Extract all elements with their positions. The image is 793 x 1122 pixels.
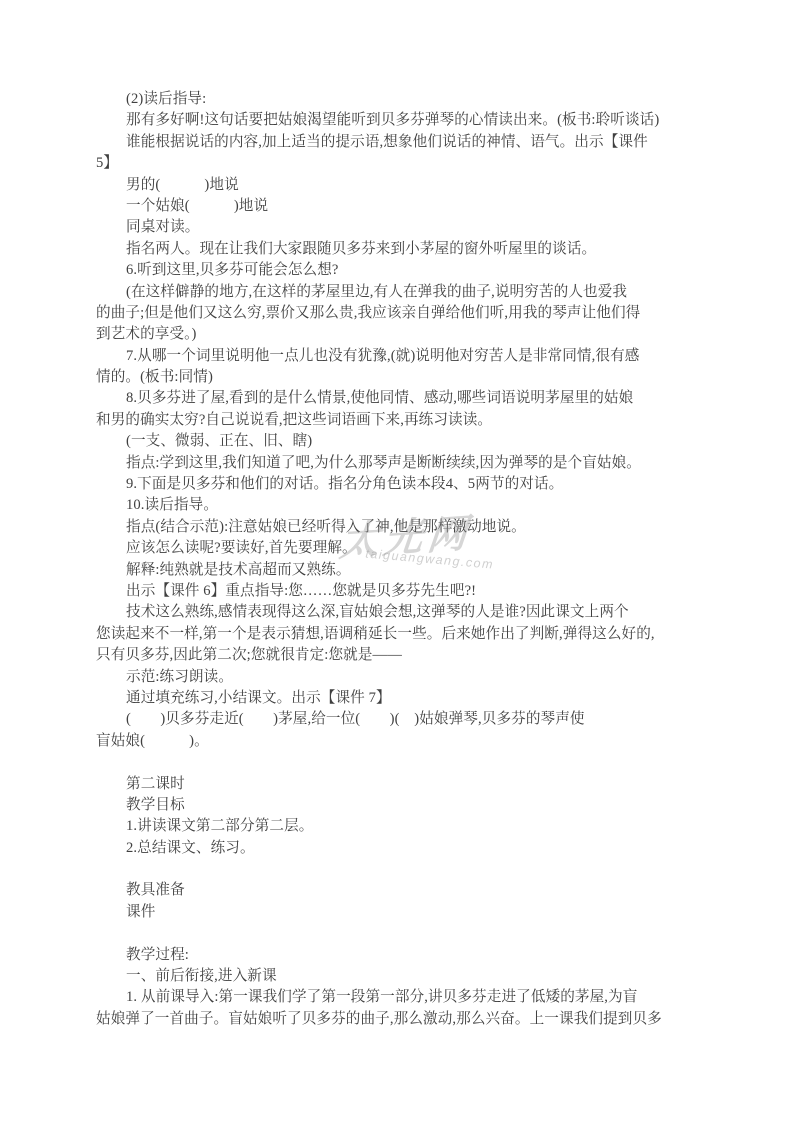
text-line: 1. 从前课导入:第一课我们学了第一段第一部分,讲贝多芬走进了低矮的茅屋,为盲 [96, 987, 710, 1008]
text-line: 谁能根据说话的内容,加上适当的提示语,想象他们说话的神情、语气。出示【课件 [96, 132, 710, 153]
text-line: 7.从哪一个词里说明他一点儿也没有犹豫,(就)说明他对穷苦人是非常同情,很有感 [96, 346, 710, 367]
text-line [96, 923, 710, 944]
text-line: 出示【课件 6】重点指导:您……您就是贝多芬先生吧?! [96, 581, 710, 602]
text-line: 第二课时 [96, 774, 710, 795]
text-line: 2.总结课文、练习。 [96, 838, 710, 859]
text-line: 一个姑娘( )地说 [96, 196, 710, 217]
text-line: 您读起来不一样,第一个是表示猜想,语调稍延长一些。后来她作出了判断,弹得这么好的… [96, 624, 710, 645]
text-line: 教具准备 [96, 880, 710, 901]
text-line: 课件 [96, 902, 710, 923]
text-line: 6.听到这里,贝多芬可能会怎么想? [96, 260, 710, 281]
text-line: 指点:学到这里,我们知道了吧,为什么那琴声是断断续续,因为弹琴的是个盲姑娘。 [96, 453, 710, 474]
text-line: 情的。(板书:同情) [96, 367, 710, 388]
text-line: 通过填充练习,小结课文。出示【课件 7】 [96, 688, 710, 709]
text-line: 示范:练习朗读。 [96, 667, 710, 688]
text-line: (在这样僻静的地方,在这样的茅屋里边,有人在弹我的曲子,说明穷苦的人也爱我 [96, 282, 710, 303]
text-line: 一、前后衔接,进入新课 [96, 966, 710, 987]
text-line [96, 859, 710, 880]
text-line: (2)读后指导: [96, 89, 710, 110]
text-line: 指名两人。现在让我们大家跟随贝多芬来到小茅屋的窗外听屋里的谈话。 [96, 239, 710, 260]
text-line: 8.贝多芬进了屋,看到的是什么情景,使他同情、感动,哪些词语说明茅屋里的姑娘 [96, 388, 710, 409]
document-page: (2)读后指导:那有多好啊!这句话要把姑娘渴望能听到贝多芬弹琴的心情读出来。(板… [0, 0, 793, 1122]
text-line: 教学过程: [96, 945, 710, 966]
text-line: ( )贝多芬走近( )茅屋,给一位( )( )姑娘弹琴,贝多芬的琴声使 [96, 709, 710, 730]
text-line: 解释:纯熟就是技术高超而又熟练。 [96, 560, 710, 581]
text-line: 10.读后指导。 [96, 495, 710, 516]
text-line: 教学目标 [96, 795, 710, 816]
text-line: 指点(结合示范):注意姑娘已经听得入了神,他是那样激动地说。 [96, 517, 710, 538]
text-line: 和男的确实太穷?自己说说看,把这些词语画下来,再练习读读。 [96, 410, 710, 431]
text-line: 应该怎么读呢?要读好,首先要理解。 [96, 538, 710, 559]
text-line: (一支、微弱、正在、旧、瞎) [96, 431, 710, 452]
text-line: 那有多好啊!这句话要把姑娘渴望能听到贝多芬弹琴的心情读出来。(板书:聆听谈话) [96, 110, 710, 131]
text-line: 男的( )地说 [96, 175, 710, 196]
text-line: 9.下面是贝多芬和他们的对话。指名分角色读本段4、5两节的对话。 [96, 474, 710, 495]
text-line: 的曲子;但是他们又这么穷,票价又那么贵,我应该亲自弹给他们听,用我的琴声让他们得 [96, 303, 710, 324]
text-line: 姑娘弹了一首曲子。盲姑娘听了贝多芬的曲子,那么激动,那么兴奋。上一课我们提到贝多 [96, 1009, 710, 1030]
text-line: 同桌对读。 [96, 217, 710, 238]
text-line: 5】 [96, 153, 710, 174]
text-line: 1.讲读课文第二部分第二层。 [96, 816, 710, 837]
text-line: 只有贝多芬,因此第二次;您就很肯定:您就是—— [96, 645, 710, 666]
text-line [96, 752, 710, 773]
text-line: 到艺术的享受。) [96, 324, 710, 345]
text-line: 盲姑娘( )。 [96, 731, 710, 752]
text-line: 技术这么熟练,感情表现得这么深,盲姑娘会想,这弹琴的人是谁?因此课文上两个 [96, 602, 710, 623]
document-content: (2)读后指导:那有多好啊!这句话要把姑娘渴望能听到贝多芬弹琴的心情读出来。(板… [96, 89, 710, 1030]
